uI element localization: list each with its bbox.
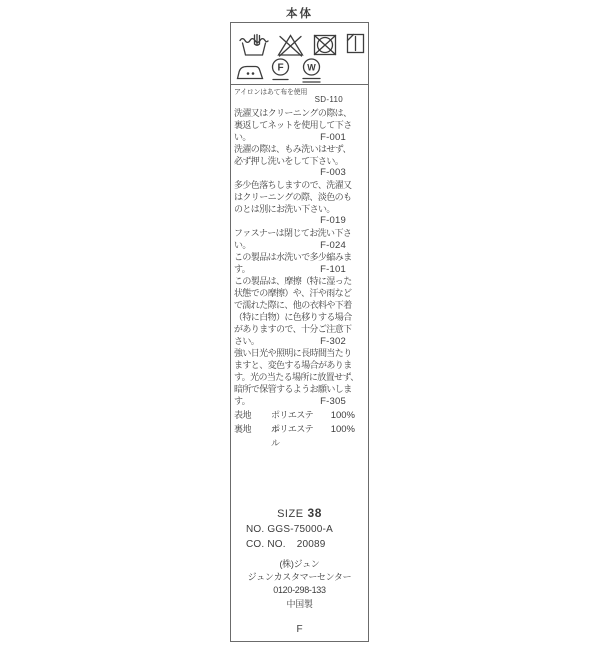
size-value: 38 [308, 506, 322, 520]
instruction-line: 多少色落ちしますので、洗濯又 [234, 179, 346, 191]
composition-row: 表地 ポリエステル 100% [234, 408, 355, 422]
size-label: SIZE [277, 508, 303, 520]
care-symbols-row1 [239, 33, 365, 57]
wet-clean-W-icon: W [301, 58, 322, 85]
instruction-line: す。光の当たる場所に放置せず、 [234, 371, 346, 383]
company-line: ジュンカスタマーセンター [231, 571, 368, 584]
instruction-line: はクリーニングの際、淡色のも [234, 191, 346, 203]
do-not-tumble-dry-icon [312, 33, 338, 57]
svg-text:W: W [307, 63, 316, 73]
instruction-text: 裏返してネットを使用して下さ [234, 119, 352, 131]
instruction-text: ますと、変色する場合がありま [234, 359, 352, 371]
standard-code: SD-110 [315, 95, 343, 104]
iron-note: アイロンはあて布を使用 [234, 87, 307, 97]
instruction-line: 洗濯又はクリーニングの際は、 [234, 107, 346, 119]
instruction-text: 暗所で保管するようお願いしま [234, 383, 352, 395]
instruction-code: F-305 [320, 396, 346, 408]
company-number-label: CO. NO. [246, 539, 286, 550]
instruction-line: す。 F-305 [234, 395, 346, 407]
footer-mark: F [231, 624, 368, 635]
instruction-line: い。 F-001 [234, 131, 346, 143]
instruction-line: （特に白物）に色移りする場合 [234, 311, 346, 323]
company-number-value: 20089 [297, 539, 326, 550]
care-symbols-row2: F W [236, 58, 322, 85]
instruction-line: 暗所で保管するようお願いしま [234, 383, 346, 395]
instruction-line: で濡れた際に、他の衣料や下着 [234, 299, 346, 311]
composition-part: 裏地 [234, 422, 271, 436]
instruction-line: のとは別にお洗い下さい。 [234, 203, 346, 215]
instruction-line: 強い日光や照明に長時間当たり [234, 347, 346, 359]
dry-clean-F-icon: F [271, 58, 290, 82]
instruction-line: 裏返してネットを使用して下さ [234, 119, 346, 131]
composition-percent: 100% [319, 423, 355, 437]
composition-table: 表地 ポリエステル 100% 裏地 ポリエステル 100% [234, 408, 355, 436]
instruction-line: す。 F-101 [234, 263, 346, 275]
instruction-text: 状態での摩擦）や、汗や雨など [234, 287, 351, 299]
instruction-code: F-003 [320, 167, 346, 179]
iron-icon [236, 62, 264, 80]
composition-percent: 100% [319, 409, 355, 423]
instruction-text: 洗濯又はクリーニングの際は、 [234, 107, 351, 119]
instruction-line: い。 F-024 [234, 239, 346, 251]
instruction-text: ファスナーは閉じてお洗い下さ [234, 227, 351, 239]
instruction-text: がありますので、十分ご注意下 [234, 323, 351, 335]
instruction-text: さい。 [234, 335, 259, 347]
instruction-line: 必ず押し洗いをして下さい。 [234, 155, 346, 167]
instruction-line: 洗濯の際は、もみ洗いはせず、 [234, 143, 346, 155]
instruction-line: ファスナーは閉じてお洗い下さ [234, 227, 346, 239]
instruction-line: F-019 [234, 215, 346, 227]
instruction-text: い。 [234, 131, 251, 143]
company-line: 0120-298-133 [231, 584, 368, 597]
line-dry-in-shade-icon [346, 33, 365, 54]
instruction-line: この製品は水洗いで多少縮みま [234, 251, 346, 263]
instruction-text: この製品は、摩擦（特に湿った [234, 275, 352, 287]
composition-part: 表地 [234, 408, 271, 422]
care-instructions: 洗濯又はクリーニングの際は、 裏返してネットを使用して下さ い。 F-001 洗… [234, 107, 346, 407]
instruction-line: 状態での摩擦）や、汗や雨など [234, 287, 346, 299]
hand-wash-icon [239, 33, 269, 57]
instruction-text: 洗濯の際は、もみ洗いはせず、 [234, 143, 351, 155]
instruction-code: F-019 [320, 215, 346, 227]
composition-material: ポリエステル [271, 422, 319, 450]
company-line: (株)ジュン [231, 558, 368, 571]
company-number-line: CO. NO. 20089 [246, 539, 326, 550]
care-label-image: 本体 [0, 0, 600, 650]
label-title: 本体 [230, 5, 369, 21]
instruction-text: で濡れた際に、他の衣料や下着 [234, 299, 352, 311]
instruction-text: のとは別にお洗い下さい。 [234, 203, 335, 215]
instruction-text: はクリーニングの際、淡色のも [234, 191, 351, 203]
instruction-line: ますと、変色する場合がありま [234, 359, 346, 371]
instruction-text: い。 [234, 239, 251, 251]
instruction-line: この製品は、摩擦（特に湿った [234, 275, 346, 287]
svg-text:F: F [277, 63, 283, 74]
instruction-line: さい。 F-302 [234, 335, 346, 347]
instruction-text: 多少色落ちしますので、洗濯又 [234, 179, 351, 191]
instruction-text: す。 [234, 263, 250, 275]
product-number-label: NO. [246, 524, 264, 535]
instruction-text: 必ず押し洗いをして下さい。 [234, 155, 343, 167]
instruction-text: この製品は水洗いで多少縮みま [234, 251, 352, 263]
care-label-box: F W アイロンはあて布を使用 SD-110 洗濯又はクリーニングの際は、 [230, 22, 369, 642]
composition-row: 裏地 ポリエステル 100% [234, 422, 355, 436]
instruction-text: す。光の当たる場所に放置せず、 [234, 371, 359, 383]
instruction-text: 強い日光や照明に長時間当たり [234, 347, 352, 359]
company-block: (株)ジュン ジュンカスタマーセンター 0120-298-133 中国製 [231, 558, 368, 611]
size-line: SIZE38 [231, 506, 368, 520]
instruction-text: す。 [234, 395, 250, 407]
product-number-value: GGS-75000-A [267, 524, 333, 535]
company-line: 中国製 [231, 598, 368, 611]
do-not-bleach-icon [277, 33, 304, 57]
instruction-line: がありますので、十分ご注意下 [234, 323, 346, 335]
product-number-line: NO. GGS-75000-A [246, 524, 333, 535]
instruction-text: （特に白物）に色移りする場合 [234, 311, 352, 323]
instruction-line: F-003 [234, 167, 346, 179]
symbols-divider [231, 84, 368, 85]
